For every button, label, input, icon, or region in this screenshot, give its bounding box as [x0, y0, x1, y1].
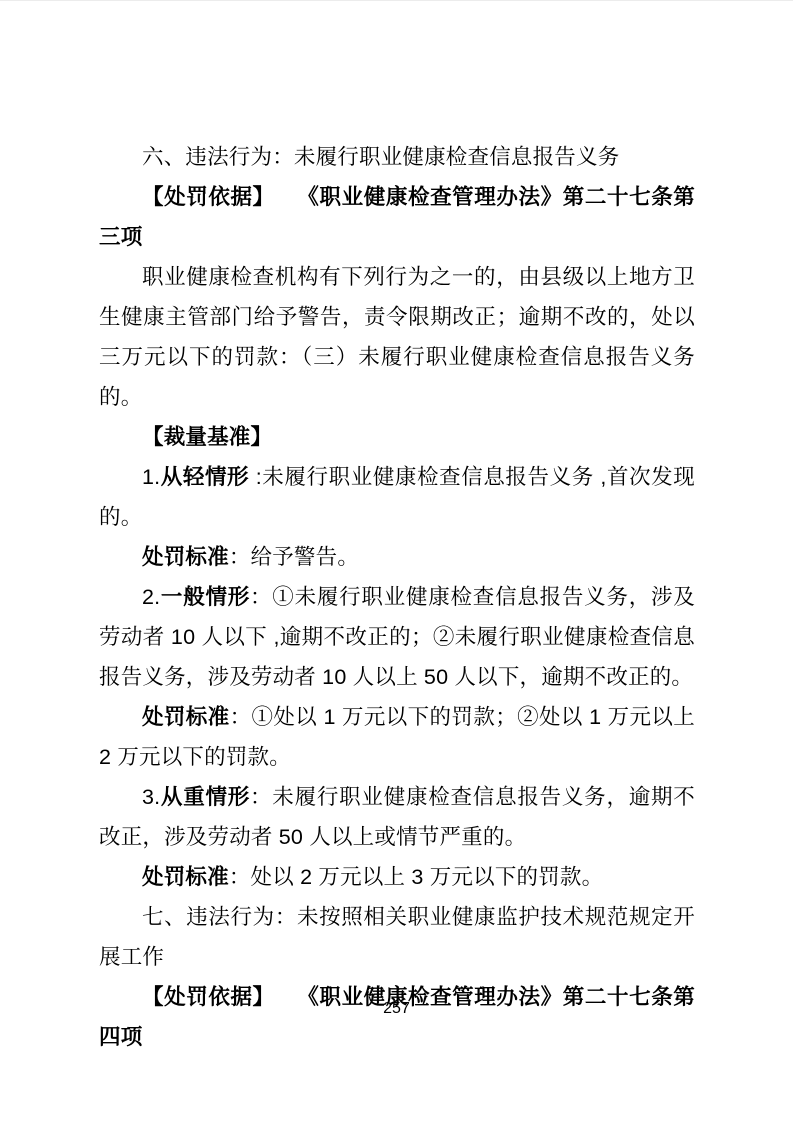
text-segment: 从重情形 — [160, 785, 250, 809]
item-6-penalty-basis: 【处罚依据】 《职业健康检查管理办法》第二十七条第三项 — [99, 177, 695, 257]
text-segment: 从轻情形 — [160, 465, 249, 489]
text-segment: 处罚标准 — [142, 705, 230, 729]
document-body: 六、违法行为：未履行职业健康检查信息报告义务【处罚依据】 《职业健康检查管理办法… — [99, 137, 695, 1057]
text-segment: 六、违法行为：未履行职业健康检查信息报告义务 — [142, 145, 619, 169]
text-segment: 一般情形 — [160, 585, 250, 609]
document-page: 六、违法行为：未履行职业健康检查信息报告义务【处罚依据】 《职业健康检查管理办法… — [0, 0, 793, 1122]
discretion-benchmark-heading: 【裁量基准】 — [99, 417, 695, 457]
item-6-provision-text: 职业健康检查机构有下列行为之一的，由县级以上地方卫生健康主管部门给予警告，责令限… — [99, 257, 695, 417]
text-segment: 职业健康检查机构有下列行为之一的，由县级以上地方卫生健康主管部门给予警告，责令限… — [99, 265, 695, 409]
text-segment: ：处以 2 万元以上 3 万元以下的罚款。 — [229, 865, 604, 889]
severe-circumstance: 3.从重情形：未履行职业健康检查信息报告义务，逾期不改正，涉及劳动者 50 人以… — [99, 777, 695, 857]
text-segment: ：给予警告。 — [229, 545, 359, 569]
lenient-circumstance: 1.从轻情形 :未履行职业健康检查信息报告义务 ,首次发现的。 — [99, 457, 695, 537]
page-number: 257 — [383, 1000, 410, 1017]
text-segment: 七、违法行为：未按照相关职业健康监护技术规范规定开展工作 — [99, 905, 695, 969]
text-segment: 【裁量基准】 — [142, 425, 272, 449]
text-segment: 3. — [142, 785, 160, 809]
general-penalty-standard: 处罚标准：①处以 1 万元以下的罚款；②处以 1 万元以上 2 万元以下的罚款。 — [99, 697, 695, 777]
text-segment — [264, 185, 308, 209]
general-circumstance: 2.一般情形：①未履行职业健康检查信息报告义务，涉及劳动者 10 人以下 ,逾期… — [99, 577, 695, 697]
text-segment: 处罚标准 — [142, 865, 229, 889]
text-segment: 【处罚依据】 — [142, 185, 264, 209]
item-7-violation-heading: 七、违法行为：未按照相关职业健康监护技术规范规定开展工作 — [99, 897, 695, 977]
text-segment: 2. — [142, 585, 160, 609]
lenient-penalty-standard: 处罚标准：给予警告。 — [99, 537, 695, 577]
item-6-violation-heading: 六、违法行为：未履行职业健康检查信息报告义务 — [99, 137, 695, 177]
page-footer: 257 — [0, 999, 793, 1019]
severe-penalty-standard: 处罚标准：处以 2 万元以上 3 万元以下的罚款。 — [99, 857, 695, 897]
text-segment: 处罚标准 — [142, 545, 229, 569]
text-segment: 1. — [142, 465, 160, 489]
